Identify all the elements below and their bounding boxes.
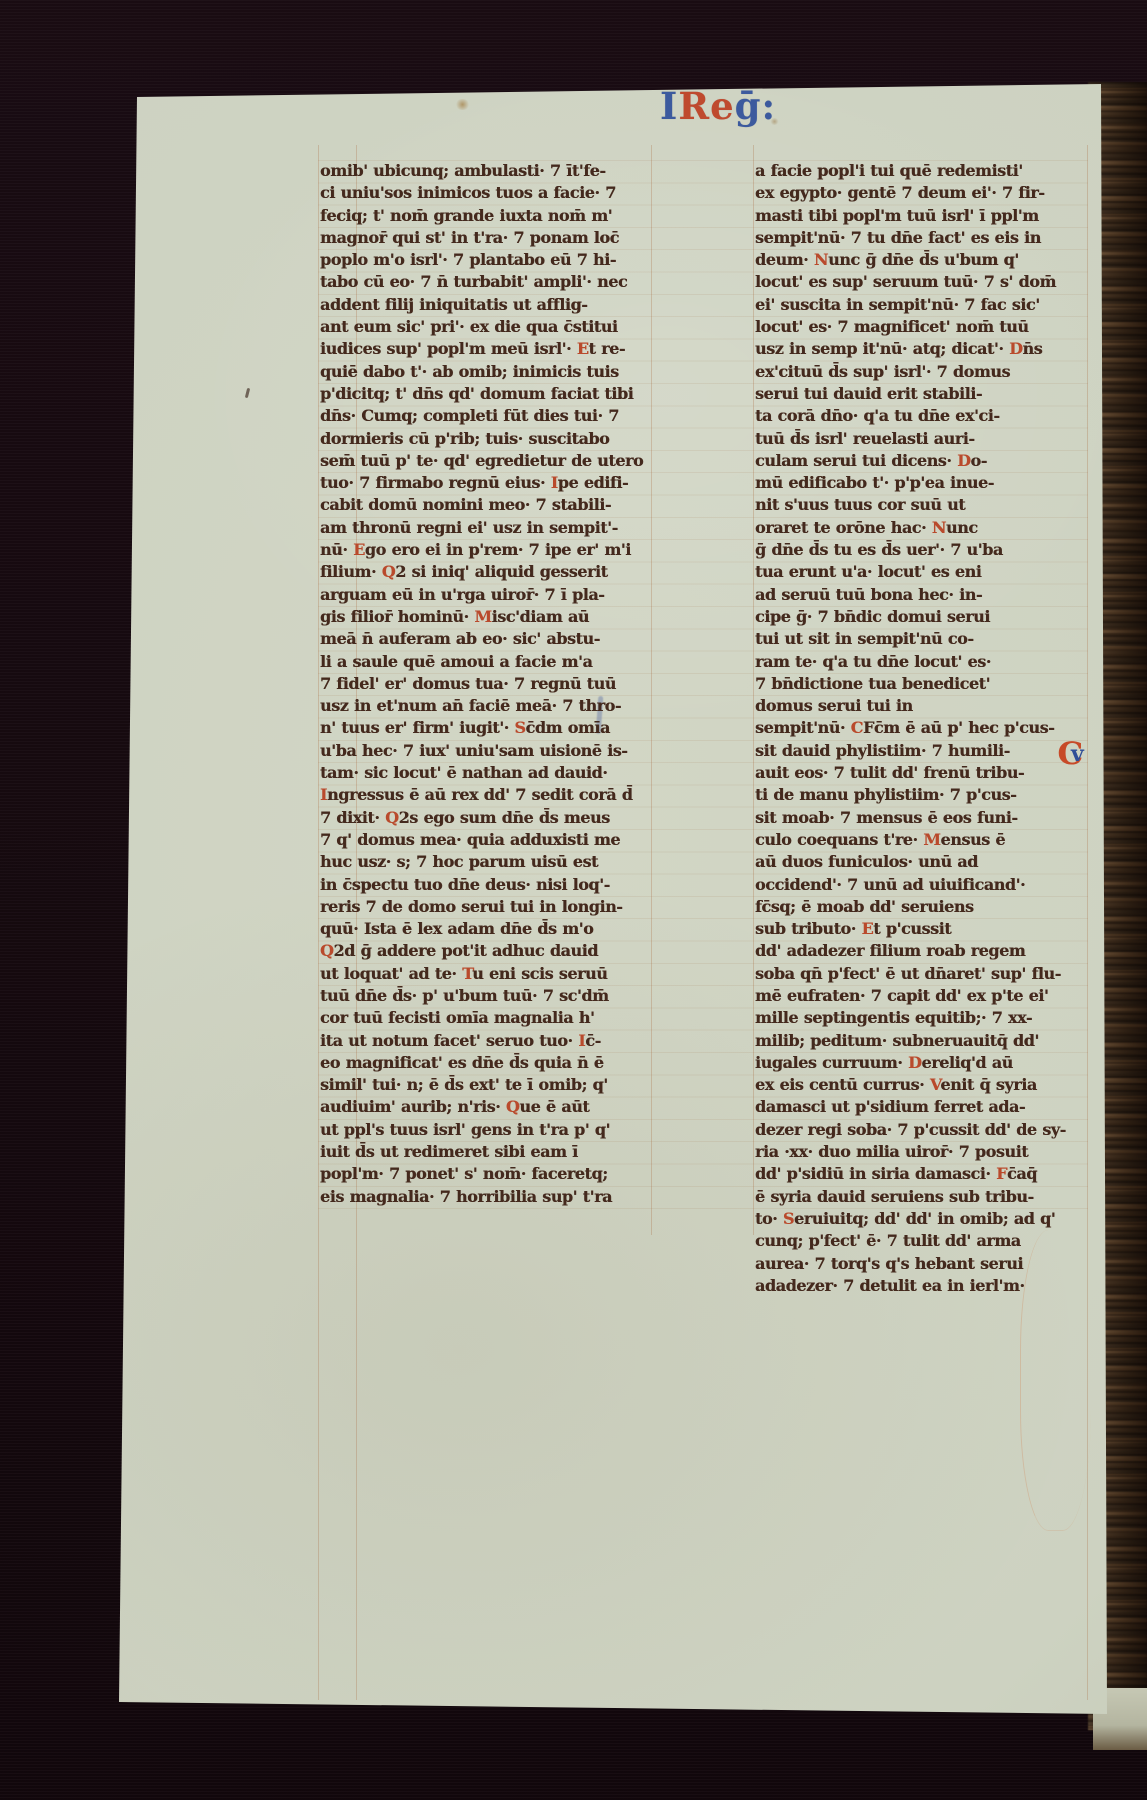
manuscript-line: ex eis centū currus· Venit q̄ syria	[755, 1074, 1095, 1096]
manuscript-line: reris 7 de domo serui tui in longin-	[320, 896, 660, 918]
ruling-line-vertical	[753, 145, 754, 1235]
manuscript-line: 7 fidel' er' domus tua· 7 regnū tuū	[320, 673, 660, 695]
manuscript-line: filium· Q2 si iniq' aliquid gesserit	[320, 561, 660, 583]
manuscript-line: u'ba hec· 7 iux' uniu'sam uisionē is-	[320, 740, 660, 762]
manuscript-line: tuū dn̄e d̄s· p' u'bum tuū· 7 sc'dm̄	[320, 985, 660, 1007]
manuscript-line: mille septingentis equitib;· 7 xx-	[755, 1007, 1095, 1029]
manuscript-line: culo coequans t're· Mensus ē	[755, 829, 1095, 851]
manuscript-line: magnor̄ qui st' in t'ra· 7 ponam loc̄	[320, 227, 660, 249]
manuscript-line: ei' suscita in sempit'nū· 7 fac sic'	[755, 294, 1095, 316]
manuscript-line: addent filij iniquitatis ut afflig-	[320, 294, 660, 316]
manuscript-line: arguam eū in u'rga uiror̄· 7 ī pla-	[320, 584, 660, 606]
manuscript-line: 7 bn̄dictione tua benedicet'	[755, 673, 1095, 695]
manuscript-line: am thronū regni ei' usz in sempit'-	[320, 517, 660, 539]
manuscript-line: oraret te orōne hac· Nunc	[755, 517, 1095, 539]
manuscript-line: n' tuus er' firm' iugit'· Sc̄dm omīa	[320, 717, 660, 739]
chapter-initial-marker: C v	[1058, 737, 1098, 773]
manuscript-line: culam serui tui dicens· Do-	[755, 450, 1095, 472]
manuscript-line: gis filior̄ hominū· Misc'diam aū	[320, 606, 660, 628]
manuscript-line: dezer regi soba· 7 p'cussit dd' de sy-	[755, 1119, 1095, 1141]
ruling-line-vertical	[318, 145, 319, 1700]
margin-mark	[245, 388, 250, 398]
manuscript-line: cabit domū nomini meo· 7 stabili-	[320, 494, 660, 516]
manuscript-line: meā n̄ auferam ab eo· sic' abstu-	[320, 628, 660, 650]
running-title: IReḡ:	[660, 84, 776, 130]
manuscript-line: feciq; t' nom̄ grande iuxta nom̄ m'	[320, 205, 660, 227]
manuscript-line: aū duos funiculos· unū ad	[755, 851, 1095, 873]
manuscript-line: huc usz· s; 7 hoc parum uisū est	[320, 851, 660, 873]
manuscript-line: serui tui dauid erit stabili-	[755, 383, 1095, 405]
manuscript-line: iugales curruum· Dereliq'd aū	[755, 1052, 1095, 1074]
manuscript-line: aurea· 7 torq's q's hebant serui	[755, 1253, 1095, 1275]
manuscript-line: to· Seruiuitq; dd' dd' in omib; ad q'	[755, 1208, 1095, 1230]
manuscript-line: tuū d̄s isrl' reuelasti auri-	[755, 428, 1095, 450]
manuscript-line: ti de manu phylistiim· 7 p'cus-	[755, 784, 1095, 806]
manuscript-line: eo magnificat' es dn̄e d̄s quia n̄ ē	[320, 1052, 660, 1074]
manuscript-line: soba qn̄ p'fect' ē ut dn̄aret' sup' flu-	[755, 963, 1095, 985]
manuscript-line: adadezer· 7 detulit ea in ierl'm·	[755, 1275, 1095, 1297]
manuscript-line: sit dauid phylistiim· 7 humili-	[755, 740, 1095, 762]
manuscript-line: mū edificabo t'· p'p'ea inue-	[755, 472, 1095, 494]
manuscript-line: dn̄s· Cumq; completi fūt dies tui· 7	[320, 405, 660, 427]
manuscript-line: a facie popl'i tui quē redemisti'	[755, 160, 1095, 182]
manuscript-line: 7 q' domus mea· quia adduxisti me	[320, 829, 660, 851]
running-title-letter: ḡ	[735, 84, 762, 128]
manuscript-line: usz in semp it'nū· atq; dicat'· Dn̄s	[755, 338, 1095, 360]
text-column-left: omib' ubicunq; ambulasti· 7 īt'fe-ci uni…	[320, 160, 660, 1208]
manuscript-line: ē syria dauid seruiens sub tribu-	[755, 1186, 1095, 1208]
running-title-letter: R	[678, 84, 710, 128]
manuscript-line: fc̄sq; ē moab dd' seruiens	[755, 896, 1095, 918]
manuscript-line: eis magnalia· 7 horribilia sup' t'ra	[320, 1186, 660, 1208]
manuscript-line: iudices sup' popl'm meū isrl'· Et re-	[320, 338, 660, 360]
manuscript-line: sempit'nū· CFc̄m ē aū p' hec p'cus-	[755, 717, 1095, 739]
manuscript-line: milib; peditum· subneruauitq̄ dd'	[755, 1030, 1095, 1052]
manuscript-line: domus serui tui in	[755, 695, 1095, 717]
manuscript-line: dormieris cū p'rib; tuis· suscitabo	[320, 428, 660, 450]
manuscript-line: ex'cituū d̄s sup' isrl'· 7 domus	[755, 361, 1095, 383]
manuscript-line: sempit'nū· 7 tu dn̄e fact' es eis in	[755, 227, 1095, 249]
manuscript-line: ram te· q'a tu dn̄e locut' es·	[755, 651, 1095, 673]
chapter-letter: v	[1071, 743, 1084, 765]
manuscript-line: ut loquat' ad te· Tu eni scis seruū	[320, 963, 660, 985]
manuscript-line: dd' p'sidiū in siria damasci· Fc̄aq̄	[755, 1163, 1095, 1185]
manuscript-line: tuo· 7 firmabo regnū eius· Ipe edifi-	[320, 472, 660, 494]
manuscript-line: iuit d̄s ut redimeret sibi eam ī	[320, 1141, 660, 1163]
manuscript-line: quū· Ista ē lex adam dn̄e d̄s m'o	[320, 918, 660, 940]
manuscript-line: ḡ dn̄e d̄s tu es d̄s uer'· 7 u'ba	[755, 539, 1095, 561]
manuscript-line: sub tributo· Et p'cussit	[755, 918, 1095, 940]
manuscript-line: ria ·xx· duo milia uiror̄· 7 posuit	[755, 1141, 1095, 1163]
manuscript-line: cor tuū fecisti omīa magnalia h'	[320, 1007, 660, 1029]
manuscript-line: quiē dabo t'· ab omib; inimicis tuis	[320, 361, 660, 383]
manuscript-line: occidend'· 7 unū ad uiuificand'·	[755, 874, 1095, 896]
manuscript-line: p'dicitq; t' dn̄s qd' domum faciat tibi	[320, 383, 660, 405]
manuscript-line: ta corā dn̄o· q'a tu dn̄e ex'ci-	[755, 405, 1095, 427]
manuscript-line: cipe ḡ· 7 bn̄dic domui serui	[755, 606, 1095, 628]
manuscript-line: sem̄ tuū p' te· qd' egredietur de utero	[320, 450, 660, 472]
manuscript-line: nū· Ego ero ei in p'rem· 7 ipe er' m'i	[320, 539, 660, 561]
manuscript-line: tabo cū eo· 7 n̄ turbabit' ampli'· nec	[320, 271, 660, 293]
manuscript-line: Q2d ḡ addere pot'it adhuc dauid	[320, 940, 660, 962]
manuscript-line: cunq; p'fect' ē· 7 tulit dd' arma	[755, 1230, 1095, 1252]
manuscript-line: nit s'uus tuus cor suū ut	[755, 494, 1095, 516]
manuscript-line: tua erunt u'a· locut' es eni	[755, 561, 1095, 583]
manuscript-line: poplo m'o isrl'· 7 plantabo eū 7 hi-	[320, 249, 660, 271]
manuscript-line: ut ppl's tuus isrl' gens in t'ra p' q'	[320, 1119, 660, 1141]
manuscript-line: tui ut sit in sempit'nū co-	[755, 628, 1095, 650]
manuscript-line: deum· Nunc ḡ dn̄e d̄s u'bum q'	[755, 249, 1095, 271]
manuscript-line: masti tibi popl'm tuū isrl' ī ppl'm	[755, 205, 1095, 227]
running-title-letter: I	[660, 84, 678, 128]
manuscript-line: audiuim' aurib; n'ris· Que ē aūt	[320, 1096, 660, 1118]
manuscript-line: auit eos· 7 tulit dd' frenū tribu-	[755, 762, 1095, 784]
manuscript-line: tam· sic locut' ē nathan ad dauid·	[320, 762, 660, 784]
manuscript-line: damasci ut p'sidium ferret ada-	[755, 1096, 1095, 1118]
running-title-letter: :	[761, 84, 776, 128]
manuscript-line: in c̄spectu tuo dn̄e deus· nisi loq'-	[320, 874, 660, 896]
parchment-stain	[455, 99, 470, 110]
manuscript-line: omib' ubicunq; ambulasti· 7 īt'fe-	[320, 160, 660, 182]
manuscript-line: dd' adadezer filium roab regem	[755, 940, 1095, 962]
manuscript-page: IReḡ: omib' ubicunq; ambulasti· 7 īt'fe-…	[0, 0, 1147, 1800]
manuscript-line: locut' es sup' seruum tuū· 7 s' dom̄	[755, 271, 1095, 293]
manuscript-line: simil' tui· n; ē d̄s ext' te ī omib; q'	[320, 1074, 660, 1096]
manuscript-line: ad seruū tuū bona hec· in-	[755, 584, 1095, 606]
manuscript-line: ita ut notum facet' seruo tuo· Ic̄-	[320, 1030, 660, 1052]
manuscript-line: ant eum sic' pri'· ex die qua c̄stitui	[320, 316, 660, 338]
manuscript-line: ex egypto· gentē 7 deum ei'· 7 fir-	[755, 182, 1095, 204]
manuscript-line: ci uniu'sos inimicos tuos a facie· 7	[320, 182, 660, 204]
manuscript-line: sit moab· 7 mensus ē eos funi-	[755, 807, 1095, 829]
manuscript-line: li a saule quē amoui a facie m'a	[320, 651, 660, 673]
manuscript-line: usz in et'num an̄ faciē meā· 7 thro-	[320, 695, 660, 717]
manuscript-line: Ingressus ē aū rex dd' 7 sedit corā d̄	[320, 784, 660, 806]
text-column-right: a facie popl'i tui quē redemisti'ex egyp…	[755, 160, 1095, 1297]
running-title-letter: e	[710, 84, 735, 128]
manuscript-line: locut' es· 7 magnificet' nom̄ tuū	[755, 316, 1095, 338]
manuscript-line: popl'm· 7 ponet' s' nom̄· faceretq;	[320, 1163, 660, 1185]
manuscript-line: 7 dixit· Q2s ego sum dn̄e d̄s meus	[320, 807, 660, 829]
manuscript-line: mē eufraten· 7 capit dd' ex p'te ei'	[755, 985, 1095, 1007]
